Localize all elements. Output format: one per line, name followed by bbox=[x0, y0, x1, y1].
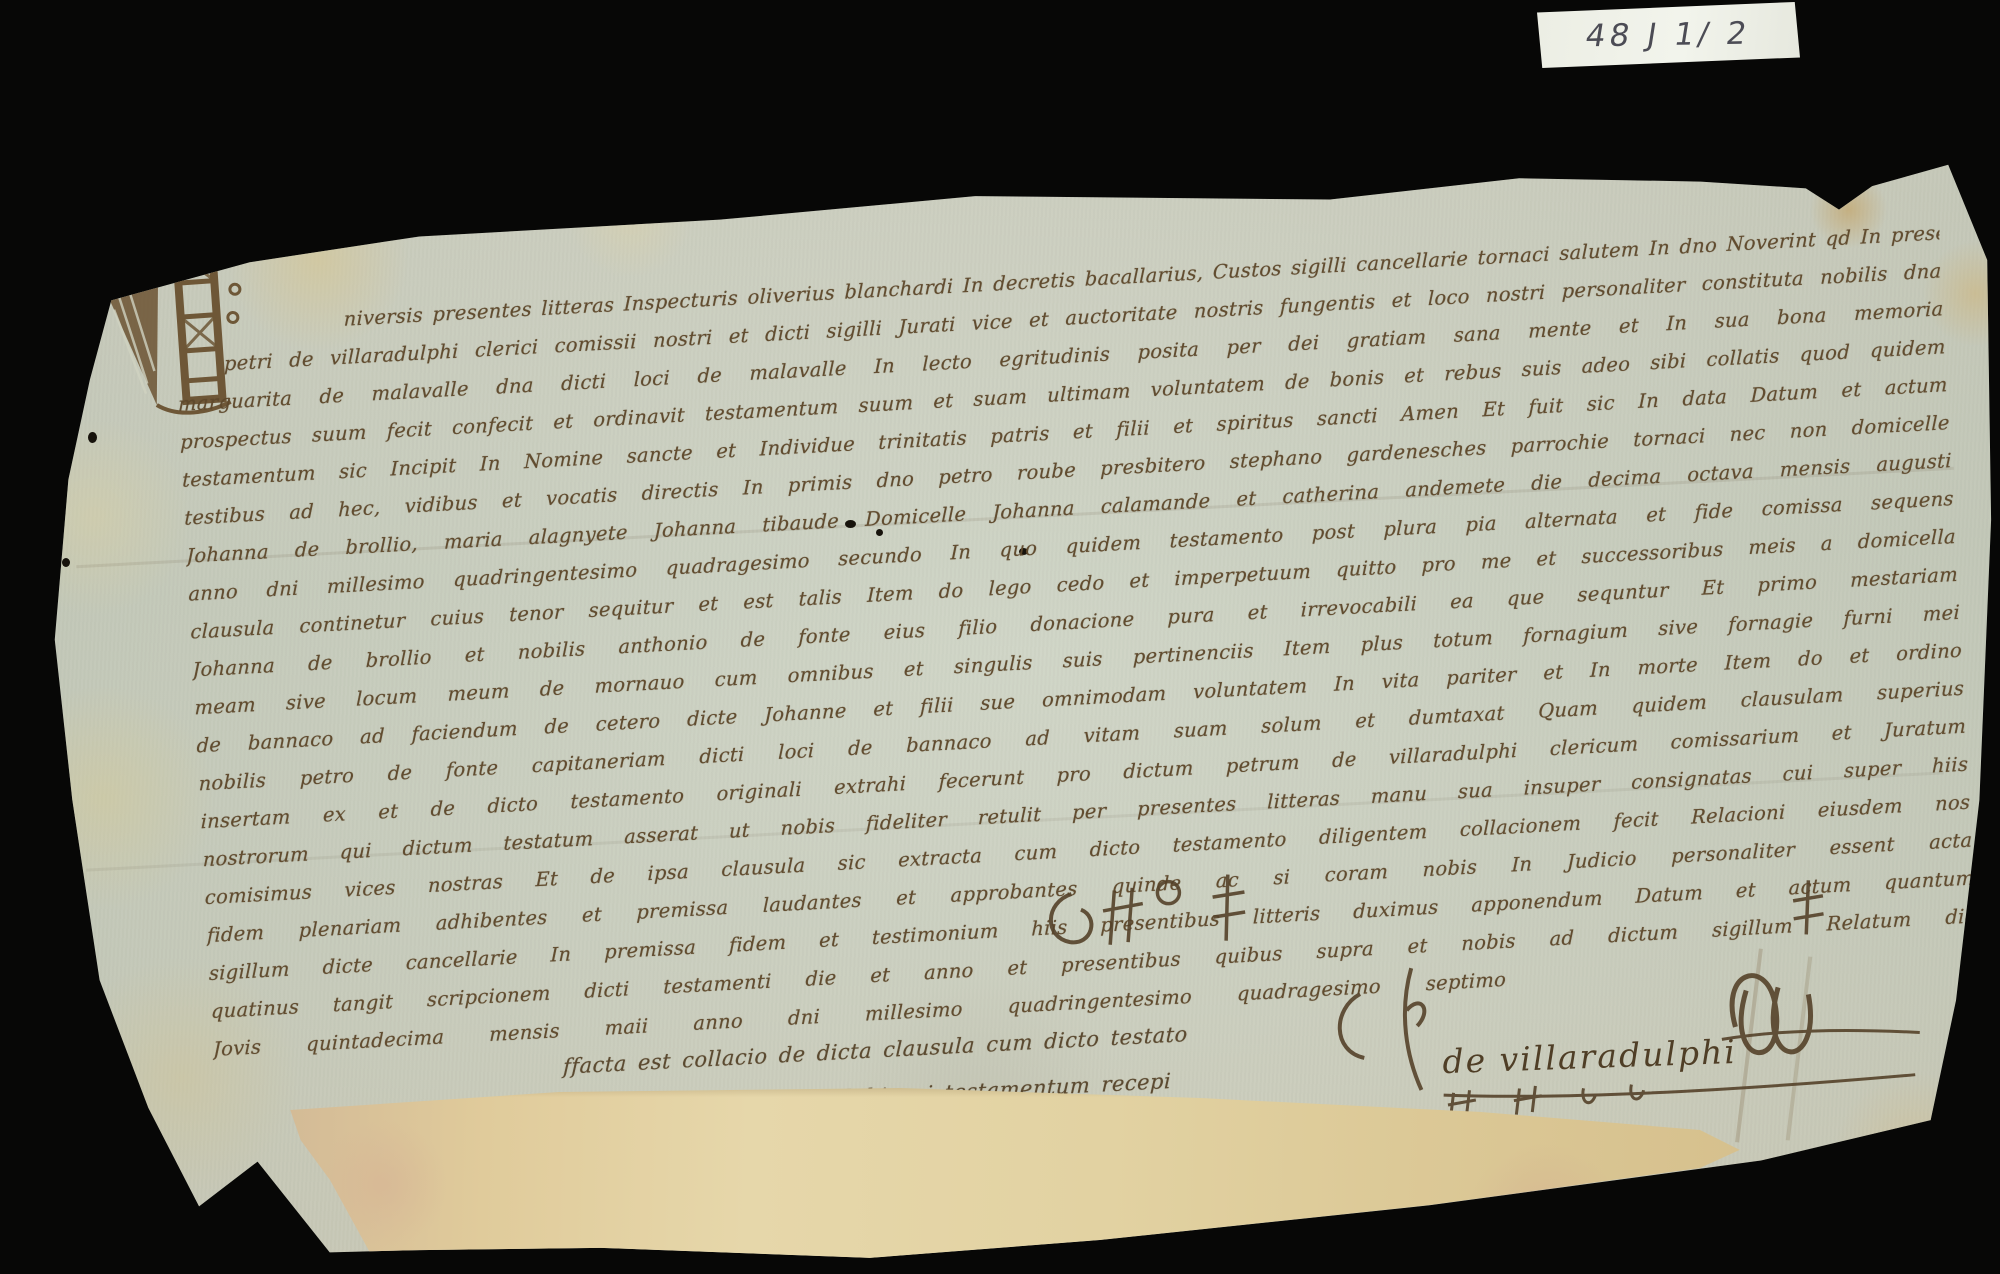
signature-flourish-o bbox=[1157, 881, 1180, 904]
signature-name: de villaradulphi bbox=[1442, 1032, 1738, 1081]
signature-flourish-paren bbox=[1339, 994, 1365, 1059]
signature-flourish-stroke bbox=[1403, 968, 1427, 1091]
archival-label: 48 J 1/ 2 bbox=[1537, 2, 1800, 68]
signature-flourish-cross bbox=[1212, 874, 1246, 941]
ink-blot bbox=[88, 432, 97, 443]
parchment-document: niversis presentes litteras Inspecturis … bbox=[45, 148, 1995, 1268]
ink-blot bbox=[62, 558, 70, 567]
pen-trial-mark bbox=[53, 248, 99, 318]
signature-flourish-cross-right bbox=[1792, 880, 1824, 935]
signature-monogram bbox=[1731, 974, 1812, 1054]
signature-flourish-ff bbox=[1102, 888, 1144, 945]
photo-stage: niversis presentes litteras Inspecturis … bbox=[0, 0, 2000, 1274]
signature-flourish-curl bbox=[1050, 893, 1092, 943]
signature-line-1 bbox=[1722, 1027, 1920, 1039]
archival-label-text: 48 J 1/ 2 bbox=[1583, 16, 1753, 55]
